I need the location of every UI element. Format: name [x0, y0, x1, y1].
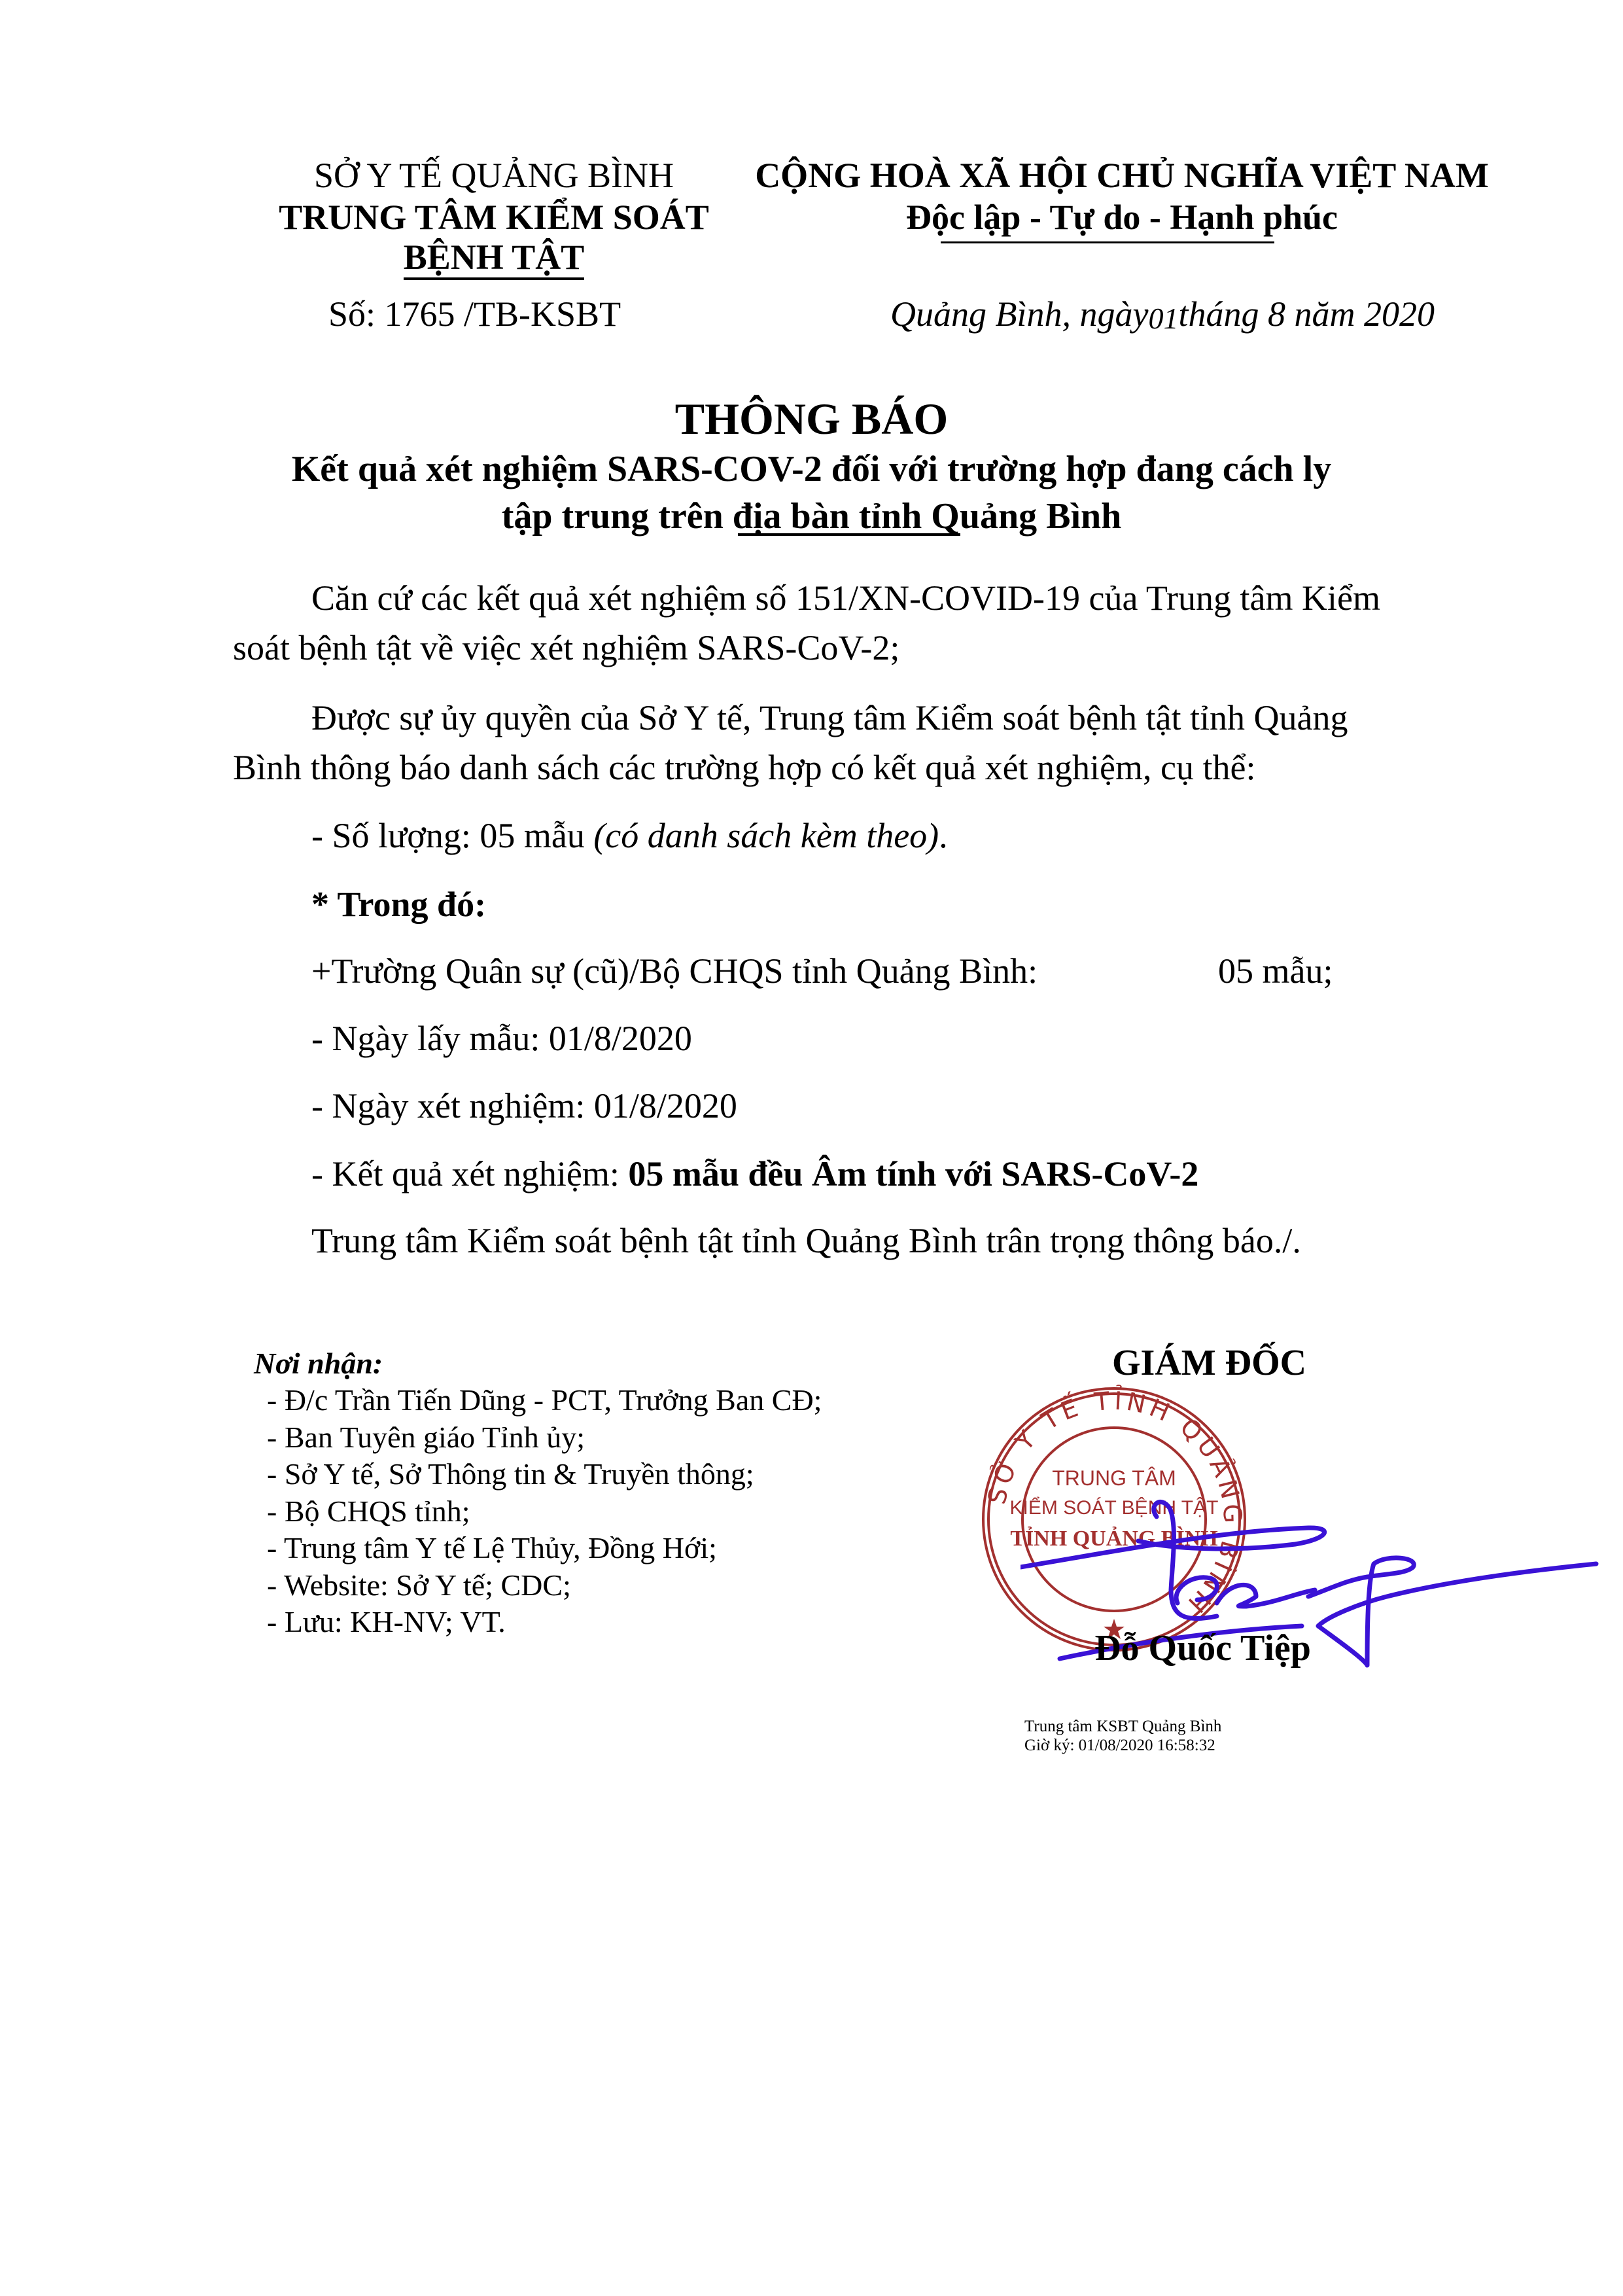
national-header-block: CỘNG HOÀ XÃ HỘI CHỦ NGHĨA VIỆT NAM Độc l… — [726, 154, 1518, 238]
place-and-date: Quảng Bình, ngày01tháng 8 năm 2020 — [890, 293, 1435, 340]
recipient-item: - Website: Sở Y tế; CDC; — [254, 1567, 822, 1604]
closing-statement: Trung tâm Kiểm soát bệnh tật tỉnh Quảng … — [311, 1220, 1301, 1262]
digital-signature-info: Trung tâm KSBT Quảng Bình Giờ ký: 01/08/… — [1024, 1717, 1221, 1755]
national-motto: Độc lập - Tự do - Hạnh phúc — [726, 196, 1518, 238]
agency-parent: SỞ Y TẾ QUẢNG BÌNH — [242, 154, 746, 196]
sample-quantity-end: . — [939, 816, 948, 855]
digital-sign-time: Giờ ký: 01/08/2020 16:58:32 — [1024, 1736, 1221, 1755]
recipient-item: - Lưu: KH-NV; VT. — [254, 1604, 822, 1641]
test-result-value: 05 mẫu đều Âm tính với SARS-CoV-2 — [628, 1154, 1198, 1193]
sample-quantity: - Số lượng: 05 mẫu (có danh sách kèm the… — [311, 815, 948, 857]
authorization-paragraph-line2: Bình thông báo danh sách các trường hợp … — [233, 747, 1255, 788]
recipient-item: - Sở Y tế, Sở Thông tin & Truyền thông; — [254, 1456, 822, 1493]
recipients-heading: Nơi nhận: — [254, 1345, 822, 1382]
place-date-prefix: Quảng Bình, ngày — [890, 294, 1148, 334]
sample-quantity-note: (có danh sách kèm theo) — [593, 816, 939, 855]
breakdown-item-label: +Trường Quân sự (cũ)/Bộ CHQS tỉnh Quảng … — [311, 950, 1038, 992]
sample-date: - Ngày lấy mẫu: 01/8/2020 — [311, 1017, 692, 1059]
signer-name: Đỗ Quốc Tiệp — [1094, 1627, 1311, 1670]
test-result-label: - Kết quả xét nghiệm: — [311, 1154, 628, 1193]
notice-subtitle-line1: Kết quả xét nghiệm SARS-COV-2 đối với tr… — [0, 448, 1623, 491]
signer-position: GIÁM ĐỐC — [1112, 1341, 1306, 1385]
authorization-paragraph-line1: Được sự ủy quyền của Sở Y tế, Trung tâm … — [311, 697, 1348, 739]
agency-name-line2: BỆNH TẬT — [404, 238, 585, 280]
notice-title-block: THÔNG BÁO Kết quả xét nghiệm SARS-COV-2 … — [0, 393, 1623, 538]
recipient-item: - Đ/c Trần Tiến Dũng - PCT, Trưởng Ban C… — [254, 1382, 822, 1419]
place-date-suffix: tháng 8 năm 2020 — [1178, 294, 1435, 334]
document-number: Số: 1765 /TB-KSBT — [328, 293, 621, 335]
notice-heading: THÔNG BÁO — [0, 393, 1623, 445]
notice-subtitle-line2: tập trung trên địa bàn tỉnh Quảng Bình — [0, 495, 1623, 538]
breakdown-heading: * Trong đó: — [311, 883, 486, 925]
digital-signer: Trung tâm KSBT Quảng Bình — [1024, 1717, 1221, 1736]
breakdown-item-value: 05 mẫu; — [1218, 950, 1333, 992]
place-date-day: 01 — [1148, 302, 1178, 335]
national-title: CỘNG HOÀ XÃ HỘI CHỦ NGHĨA VIỆT NAM — [726, 154, 1518, 196]
test-result: - Kết quả xét nghiệm: 05 mẫu đều Âm tính… — [311, 1153, 1198, 1195]
recipient-item: - Ban Tuyên giáo Tỉnh ủy; — [254, 1419, 822, 1457]
recipients-block: Nơi nhận: - Đ/c Trần Tiến Dũng - PCT, Tr… — [254, 1345, 822, 1641]
issuing-agency-block: SỞ Y TẾ QUẢNG BÌNH TRUNG TÂM KIỂM SOÁT B… — [242, 154, 746, 280]
sample-quantity-label: - Số lượng: 05 mẫu — [311, 816, 593, 855]
agency-name-line1: TRUNG TÂM KIỂM SOÁT — [242, 196, 746, 238]
recipient-item: - Trung tâm Y tế Lệ Thủy, Đồng Hới; — [254, 1530, 822, 1567]
basis-paragraph-line2: soát bệnh tật về việc xét nghiệm SARS-Co… — [233, 627, 899, 669]
recipient-item: - Bộ CHQS tỉnh; — [254, 1493, 822, 1530]
test-date: - Ngày xét nghiệm: 01/8/2020 — [311, 1085, 737, 1127]
basis-paragraph-line1: Căn cứ các kết quả xét nghiệm số 151/XN-… — [311, 577, 1380, 619]
motto-underline — [941, 241, 1274, 243]
title-underline — [738, 533, 960, 536]
